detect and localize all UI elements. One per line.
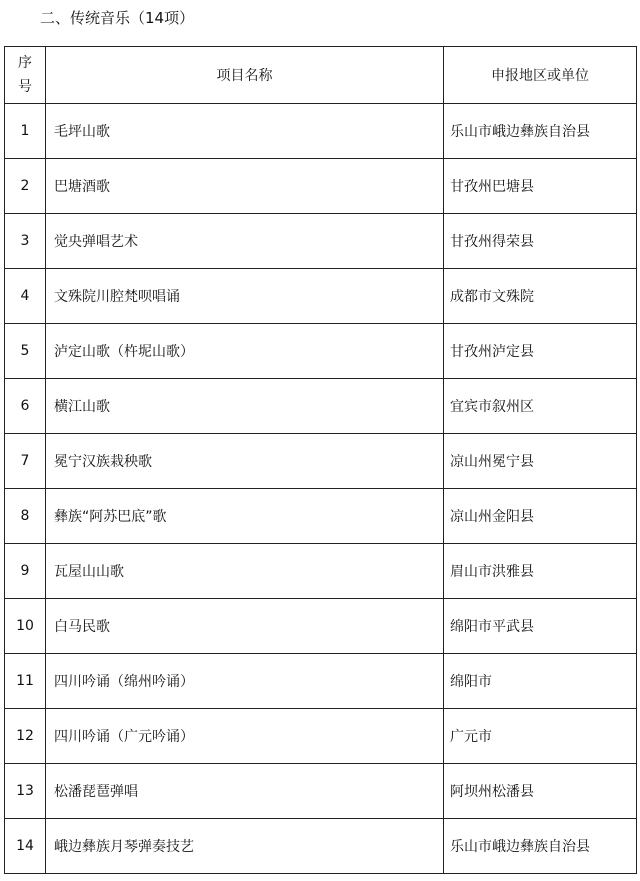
row-region: 乐山市峨边彝族自治县: [444, 104, 637, 159]
row-number: 12: [5, 709, 46, 764]
row-number: 9: [5, 544, 46, 599]
row-region: 甘孜州泸定县: [444, 324, 637, 379]
table-row: 14峨边彝族月琴弹奏技艺乐山市峨边彝族自治县: [5, 819, 637, 874]
header-region: 申报地区或单位: [444, 47, 637, 104]
row-number: 10: [5, 599, 46, 654]
row-region: 凉山州冕宁县: [444, 434, 637, 489]
row-number: 11: [5, 654, 46, 709]
row-number: 13: [5, 764, 46, 819]
table-row: 8彝族“阿苏巴底”歌凉山州金阳县: [5, 489, 637, 544]
row-item-name: 松潘琵琶弹唱: [46, 764, 444, 819]
row-region: 绵阳市: [444, 654, 637, 709]
row-item-name: 巴塘酒歌: [46, 159, 444, 214]
row-number: 7: [5, 434, 46, 489]
row-number: 8: [5, 489, 46, 544]
row-number: 2: [5, 159, 46, 214]
row-region: 甘孜州巴塘县: [444, 159, 637, 214]
row-region: 乐山市峨边彝族自治县: [444, 819, 637, 874]
row-region: 宜宾市叙州区: [444, 379, 637, 434]
row-item-name: 四川吟诵（绵州吟诵）: [46, 654, 444, 709]
row-item-name: 四川吟诵（广元吟诵）: [46, 709, 444, 764]
table-row: 2巴塘酒歌甘孜州巴塘县: [5, 159, 637, 214]
row-item-name: 觉央弹唱艺术: [46, 214, 444, 269]
header-number: 序号: [5, 47, 46, 104]
row-region: 眉山市洪雅县: [444, 544, 637, 599]
row-region: 阿坝州松潘县: [444, 764, 637, 819]
table-header-row: 序号 项目名称 申报地区或单位: [5, 47, 637, 104]
row-item-name: 白马民歌: [46, 599, 444, 654]
table-row: 6横江山歌宜宾市叙州区: [5, 379, 637, 434]
table-row: 7冕宁汉族栽秧歌凉山州冕宁县: [5, 434, 637, 489]
row-region: 甘孜州得荣县: [444, 214, 637, 269]
row-item-name: 毛坪山歌: [46, 104, 444, 159]
row-number: 4: [5, 269, 46, 324]
row-number: 14: [5, 819, 46, 874]
row-region: 广元市: [444, 709, 637, 764]
row-number: 3: [5, 214, 46, 269]
row-region: 凉山州金阳县: [444, 489, 637, 544]
row-number: 1: [5, 104, 46, 159]
table-row: 9瓦屋山山歌眉山市洪雅县: [5, 544, 637, 599]
table-row: 11四川吟诵（绵州吟诵）绵阳市: [5, 654, 637, 709]
table-row: 13松潘琵琶弹唱阿坝州松潘县: [5, 764, 637, 819]
table-row: 1毛坪山歌乐山市峨边彝族自治县: [5, 104, 637, 159]
row-item-name: 瓦屋山山歌: [46, 544, 444, 599]
section-title: 二、传统音乐（14项）: [40, 8, 194, 28]
row-item-name: 横江山歌: [46, 379, 444, 434]
row-item-name: 峨边彝族月琴弹奏技艺: [46, 819, 444, 874]
table-row: 10白马民歌绵阳市平武县: [5, 599, 637, 654]
row-item-name: 文殊院川腔梵呗唱诵: [46, 269, 444, 324]
row-item-name: 冕宁汉族栽秧歌: [46, 434, 444, 489]
row-region: 成都市文殊院: [444, 269, 637, 324]
table-row: 3觉央弹唱艺术甘孜州得荣县: [5, 214, 637, 269]
heritage-items-table: 序号 项目名称 申报地区或单位 1毛坪山歌乐山市峨边彝族自治县2巴塘酒歌甘孜州巴…: [4, 46, 637, 874]
row-item-name: 泸定山歌（杵坭山歌）: [46, 324, 444, 379]
row-item-name: 彝族“阿苏巴底”歌: [46, 489, 444, 544]
table-row: 12四川吟诵（广元吟诵）广元市: [5, 709, 637, 764]
row-number: 6: [5, 379, 46, 434]
header-item-name: 项目名称: [46, 47, 444, 104]
table-row: 5泸定山歌（杵坭山歌）甘孜州泸定县: [5, 324, 637, 379]
row-number: 5: [5, 324, 46, 379]
row-region: 绵阳市平武县: [444, 599, 637, 654]
table-row: 4文殊院川腔梵呗唱诵成都市文殊院: [5, 269, 637, 324]
